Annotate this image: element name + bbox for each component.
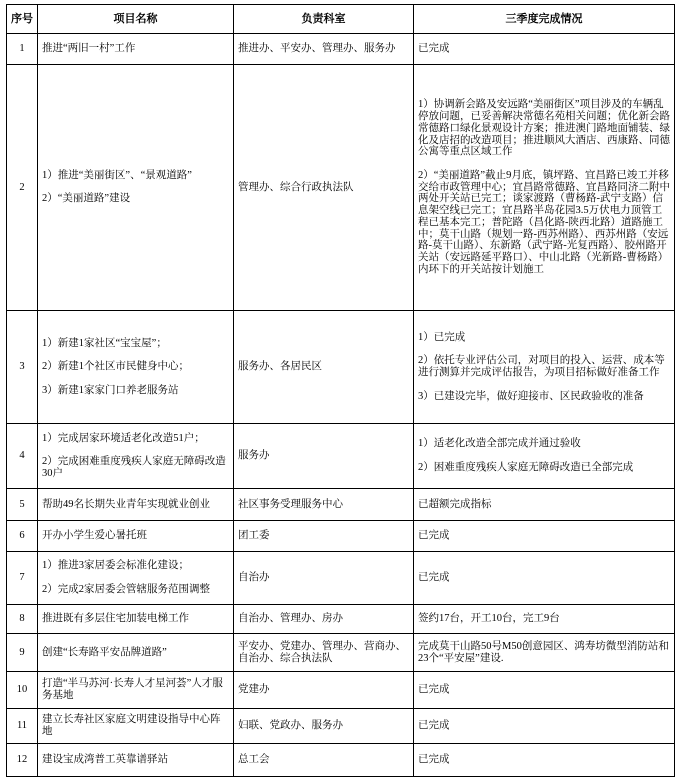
cell-serial-number: 2 (7, 65, 38, 311)
quarterly-report-table: 序号 项目名称 负责科室 三季度完成情况 1 推进“两旧一村”工作 推进办、平安… (6, 4, 675, 777)
cell-department: 服务办、各居民区 (234, 311, 414, 424)
cell-serial-number: 9 (7, 634, 38, 672)
table-row: 7 1）推进3家居委会标准化建设； 2）完成2家居委会管辖服务范围调整 自治办 … (7, 552, 675, 605)
cell-completion-status: 已完成 (414, 552, 675, 605)
cell-department: 推进办、平安办、管理办、服务办 (234, 34, 414, 65)
cell-department: 党建办 (234, 672, 414, 709)
cell-serial-number: 3 (7, 311, 38, 424)
cell-department: 社区事务受理服务中心 (234, 489, 414, 521)
cell-project-name: 1）新建1家社区“宝宝屋”； 2）新建1个社区市民健身中心； 3）新建1家家门口… (38, 311, 234, 424)
cell-completion-status: 已完成 (414, 521, 675, 552)
cell-completion-status: 1）适老化改造全部完成并通过验收 2）困难重度残疾人家庭无障碍改造已全部完成 (414, 424, 675, 489)
table-row: 12 建设宝成湾普工英靠谱驿站 总工会 已完成 (7, 744, 675, 777)
cell-project-name: 建设宝成湾普工英靠谱驿站 (38, 744, 234, 777)
header-row: 序号 项目名称 负责科室 三季度完成情况 (7, 5, 675, 34)
cell-project-name: 1）推进3家居委会标准化建设； 2）完成2家居委会管辖服务范围调整 (38, 552, 234, 605)
cell-completion-status: 完成莫干山路50号M50创意园区、鸿寿坊微型消防站和23个“平安屋”建设. (414, 634, 675, 672)
cell-project-name: 开办小学生爱心暑托班 (38, 521, 234, 552)
cell-project-name: 1）完成居家环境适老化改造51户； 2）完成困难重度残疾人家庭无障碍改造30户 (38, 424, 234, 489)
table-body: 1 推进“两旧一村”工作 推进办、平安办、管理办、服务办 已完成 2 1）推进“… (7, 34, 675, 777)
cell-project-name: 推进既有多层住宅加装电梯工作 (38, 605, 234, 634)
table-row: 8 推进既有多层住宅加装电梯工作 自治办、管理办、房办 签约17台，开工10台，… (7, 605, 675, 634)
cell-project-name: 推进“两旧一村”工作 (38, 34, 234, 65)
cell-completion-status: 1）已完成 2）依托专业评估公司，对项目的投入、运营、成本等进行测算并完成评估报… (414, 311, 675, 424)
cell-serial-number: 12 (7, 744, 38, 777)
table-row: 1 推进“两旧一村”工作 推进办、平安办、管理办、服务办 已完成 (7, 34, 675, 65)
col-header-project-name: 项目名称 (38, 5, 234, 34)
col-header-q3-status: 三季度完成情况 (414, 5, 675, 34)
cell-completion-status: 1）协调新会路及安远路“美丽街区”项目涉及的车辆乱停放问题，已妥善解决常德名苑相… (414, 65, 675, 311)
cell-project-name: 建立长寿社区家庭文明建设指导中心阵地 (38, 709, 234, 744)
cell-completion-status: 签约17台，开工10台，完工9台 (414, 605, 675, 634)
table-row: 4 1）完成居家环境适老化改造51户； 2）完成困难重度残疾人家庭无障碍改造30… (7, 424, 675, 489)
cell-completion-status: 已完成 (414, 709, 675, 744)
cell-completion-status: 已完成 (414, 672, 675, 709)
table-row: 10 打造“半马苏河·长寿人才星河荟”人才服务基地 党建办 已完成 (7, 672, 675, 709)
cell-serial-number: 5 (7, 489, 38, 521)
cell-serial-number: 4 (7, 424, 38, 489)
cell-project-name: 帮助49名长期失业青年实现就业创业 (38, 489, 234, 521)
cell-serial-number: 6 (7, 521, 38, 552)
table-row: 9 创建“长寿路平安品牌道路” 平安办、党建办、管理办、营商办、自治办、综合执法… (7, 634, 675, 672)
cell-serial-number: 8 (7, 605, 38, 634)
cell-completion-status: 已超额完成指标 (414, 489, 675, 521)
table-row: 3 1）新建1家社区“宝宝屋”； 2）新建1个社区市民健身中心； 3）新建1家家… (7, 311, 675, 424)
cell-completion-status: 已完成 (414, 34, 675, 65)
cell-department: 平安办、党建办、管理办、营商办、自治办、综合执法队 (234, 634, 414, 672)
col-header-department: 负责科室 (234, 5, 414, 34)
table-row: 6 开办小学生爱心暑托班 团工委 已完成 (7, 521, 675, 552)
table-row: 2 1）推进“美丽街区”、“景观道路” 2）“美丽道路”建设 管理办、综合行政执… (7, 65, 675, 311)
cell-department: 妇联、党政办、服务办 (234, 709, 414, 744)
cell-department: 自治办、管理办、房办 (234, 605, 414, 634)
cell-serial-number: 10 (7, 672, 38, 709)
cell-department: 管理办、综合行政执法队 (234, 65, 414, 311)
cell-serial-number: 1 (7, 34, 38, 65)
col-header-serial-number: 序号 (7, 5, 38, 34)
cell-project-name: 1）推进“美丽街区”、“景观道路” 2）“美丽道路”建设 (38, 65, 234, 311)
table-row: 11 建立长寿社区家庭文明建设指导中心阵地 妇联、党政办、服务办 已完成 (7, 709, 675, 744)
cell-project-name: 打造“半马苏河·长寿人才星河荟”人才服务基地 (38, 672, 234, 709)
table-row: 5 帮助49名长期失业青年实现就业创业 社区事务受理服务中心 已超额完成指标 (7, 489, 675, 521)
cell-serial-number: 7 (7, 552, 38, 605)
cell-department: 总工会 (234, 744, 414, 777)
cell-project-name: 创建“长寿路平安品牌道路” (38, 634, 234, 672)
cell-department: 自治办 (234, 552, 414, 605)
document-page: 序号 项目名称 负责科室 三季度完成情况 1 推进“两旧一村”工作 推进办、平安… (0, 0, 680, 780)
cell-serial-number: 11 (7, 709, 38, 744)
cell-department: 团工委 (234, 521, 414, 552)
cell-department: 服务办 (234, 424, 414, 489)
cell-completion-status: 已完成 (414, 744, 675, 777)
